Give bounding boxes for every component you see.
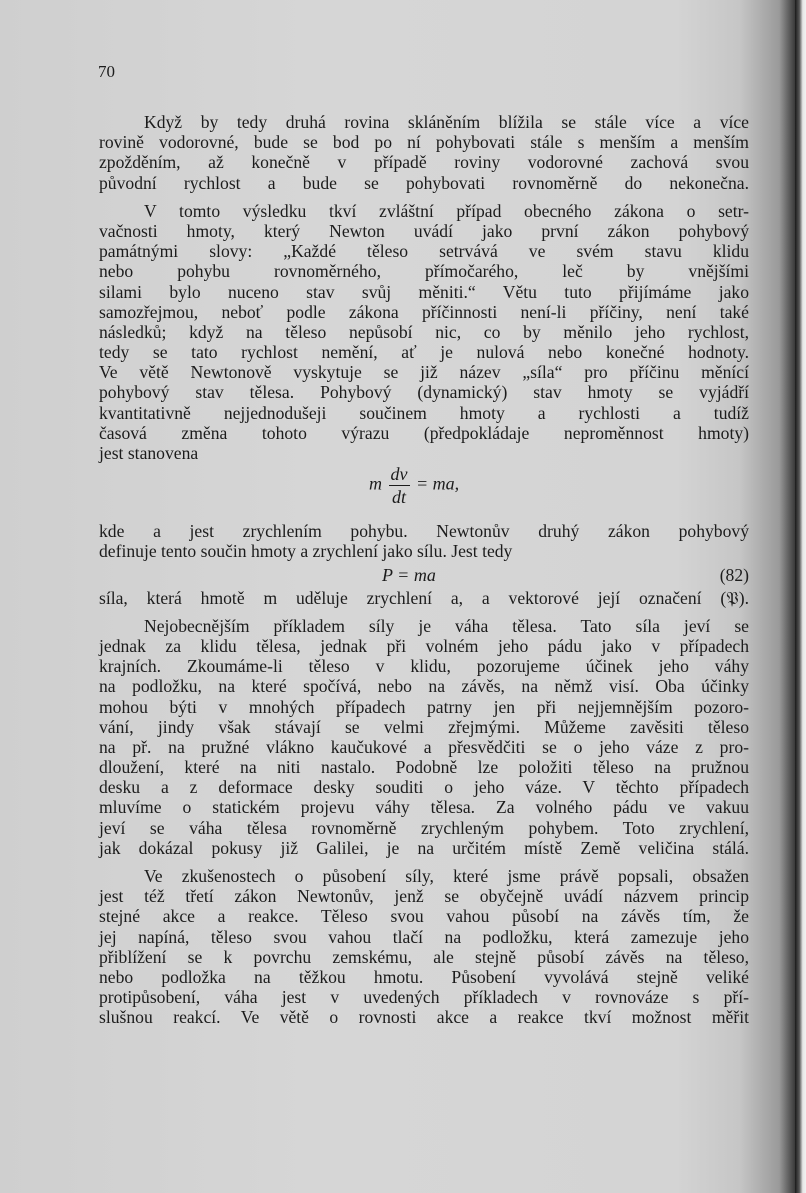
paragraph-3: kde a jest zrychlením pohybu. Newtonův d… [99,521,749,561]
body-text: Když by tedy druhá rovina skláněním blíž… [99,112,749,1028]
text-line: jak dokázal pokusy již Galilei, je na ur… [99,838,749,858]
text-line: V tomto výsledku tkví zvláštní případ ob… [99,201,749,221]
text-line: mohou býti v mnohých případech patrny je… [99,697,749,717]
text-line: následků; když na těleso nepůsobí nic, c… [99,322,749,342]
text-line: jednak za klidu tělesa, jednak při volné… [99,636,749,656]
text-line: mluvíme o statickém projevu váhy tělesa.… [99,797,749,817]
page-number: 70 [98,62,115,82]
text-line: na podložku, na které spočívá, nebo na z… [99,676,749,696]
fraction: dv dt [389,463,410,508]
fraction-denominator: dt [389,486,410,508]
text-line: časová změna tohoto výrazu (předpokládaj… [99,423,749,443]
formula-force: P = ma (82) [99,562,749,588]
text-line: památnými slovy: „Každé těleso setrvává … [99,241,749,261]
text-line: jest též třetí zákon Newtonův, jenž se o… [99,886,749,906]
equation-number: (82) [720,565,749,585]
text-line: Ve větě Newtonově vyskytuje se již název… [99,362,749,382]
text-line: protipůsobení, váha jest v uvedených pří… [99,987,749,1007]
equation-expression: P = ma [382,565,436,585]
text-line: silami bylo nuceno stav svůj měniti.“ Vě… [99,282,749,302]
text-line: pohybový stav tělesa. Pohybový (dynamick… [99,382,749,402]
fraction-numerator: dv [389,463,410,486]
text-line: Ve zkušenostech o působení síly, které j… [99,866,749,886]
text-line: jeví se váha tělesa rovnoměrně zrychlený… [99,818,749,838]
paragraph-6: Ve zkušenostech o působení síly, které j… [99,866,749,1028]
text-line: definuje tento součin hmoty a zrychlení … [99,541,749,561]
formula-lhs: m [369,474,382,494]
text-line: vání, jindy však stávají se velmi zřejmý… [99,717,749,737]
formula-rhs: = ma, [416,474,459,494]
text-line: krajních. Zkoumáme-li těleso v klidu, po… [99,656,749,676]
text-line: vačnosti hmoty, který Newton uvádí jako … [99,221,749,241]
text-line: původní rychlost a bude se pohybovati ro… [99,173,749,193]
text-line: kvantitativně nejjednodušeji součinem hm… [99,403,749,423]
text-line: síla, která hmotě m uděluje zrychlení a,… [99,588,749,608]
scanned-book-page: 70 Když by tedy druhá rovina skláněním b… [0,0,795,1193]
text-line: rovině vodorovné, bude se bod po ní pohy… [99,132,749,152]
text-line: přiblížení se k povrchu zemskému, ale st… [99,947,749,967]
text-line: desku a z deformace desky souditi o jeho… [99,777,749,797]
text-line: slušnou reakcí. Ve větě o rovnosti akce … [99,1007,749,1027]
text-line: zpožděním, až konečně v případě roviny v… [99,152,749,172]
text-line: dloužení, které na niti nastalo. Podobně… [99,757,749,777]
text-line: na př. na pružné vlákno kaučukové a přes… [99,737,749,757]
text-line: stejné akce a reakce. Těleso svou vahou … [99,906,749,926]
text-line: nebo podložka na těžkou hmotu. Působení … [99,967,749,987]
text-line: kde a jest zrychlením pohybu. Newtonův d… [99,521,749,541]
text-line: samozřejmou, neboť podle zákona příčinno… [99,302,749,322]
paragraph-2: V tomto výsledku tkví zvláštní případ ob… [99,201,749,463]
text-line: jest stanovena [99,443,749,463]
paragraph-4: síla, která hmotě m uděluje zrychlení a,… [99,588,749,608]
paragraph-5: Nejobecnějším příkladem síly je váha těl… [99,616,749,858]
book-spine-edge [795,0,806,1193]
text-line: Když by tedy druhá rovina skláněním blíž… [99,112,749,132]
paragraph-1: Když by tedy druhá rovina skláněním blíž… [99,112,749,193]
text-line: jej napíná, těleso svou vahou tlačí na p… [99,927,749,947]
text-line: nebo pohybu rovnoměrného, přímočarého, l… [99,261,749,281]
text-line: tedy se tato rychlost nemění, ať je nulo… [99,342,749,362]
text-line: Nejobecnějším příkladem síly je váha těl… [99,616,749,636]
formula-derivative: m dv dt = ma, [99,463,749,521]
